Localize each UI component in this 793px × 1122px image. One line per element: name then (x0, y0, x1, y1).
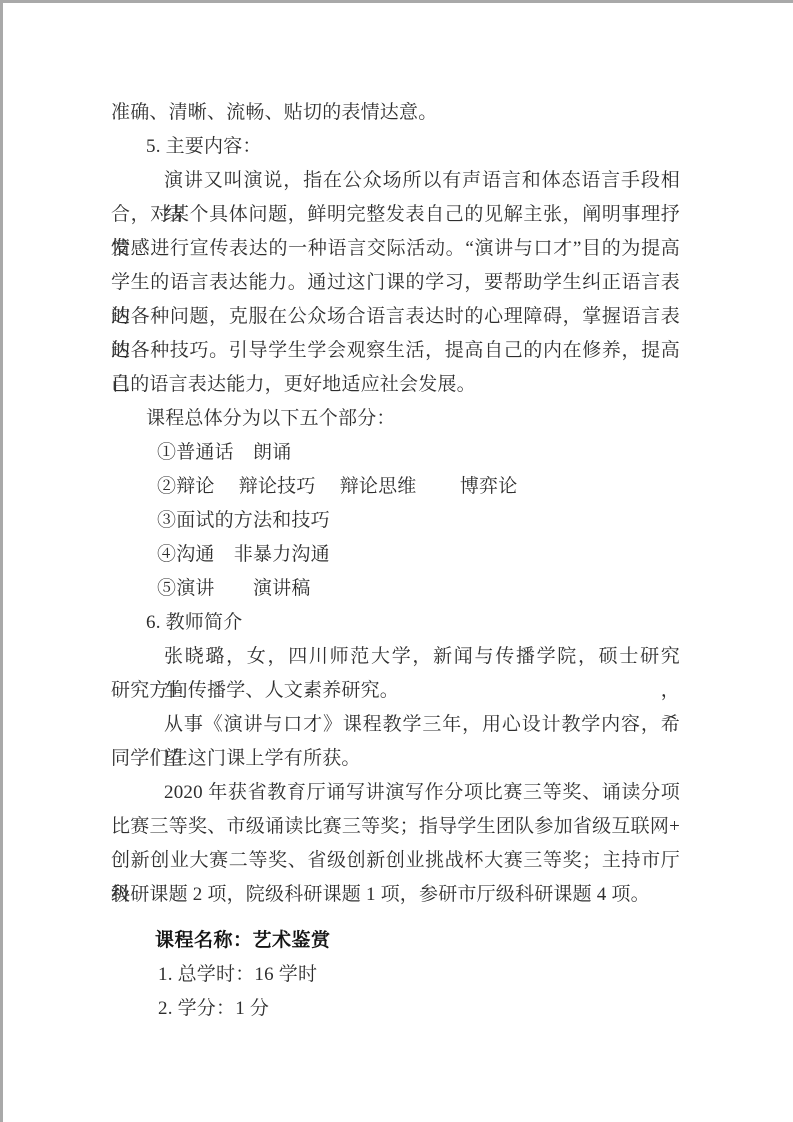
document-line: 2020 年获省教育厅诵写讲演写作分项比赛三等奖、诵读分项 (111, 776, 680, 810)
document-line: ⑤演讲 演讲稿 (111, 572, 680, 606)
document-line: 5. 主要内容： (111, 130, 680, 164)
document-line: 张晓璐，女，四川师范大学，新闻与传播学院，硕士研究生， (111, 640, 680, 674)
document-line: 准确、清晰、流畅、贴切的表情达意。 (111, 96, 680, 130)
document-body: 准确、清晰、流畅、贴切的表情达意。5. 主要内容：演讲又叫演说，指在公众场所以有… (111, 96, 680, 1026)
document-line: 的各种问题，克服在公众场合语言表达时的心理障碍，掌握语言表达 (111, 300, 680, 334)
document-line: 演讲又叫演说，指在公众场所以有声语言和体态语言手段相结 (111, 164, 680, 198)
document-line: ③面试的方法和技巧 (111, 504, 680, 538)
document-page: 准确、清晰、流畅、贴切的表情达意。5. 主要内容：演讲又叫演说，指在公众场所以有… (0, 0, 793, 1122)
document-line: 6. 教师简介 (111, 606, 680, 640)
document-line: 1. 总学时：16 学时 (111, 958, 680, 992)
document-line: 比赛三等奖、市级诵读比赛三等奖；指导学生团队参加省级互联网+ (111, 810, 680, 844)
document-line: ④沟通 非暴力沟通 (111, 538, 680, 572)
document-line: 从事《演讲与口才》课程教学三年，用心设计教学内容，希望 (111, 708, 680, 742)
document-line: 2. 学分：1 分 (111, 992, 680, 1026)
document-line: 科研课题 2 项，院级科研课题 1 项，参研市厅级科研课题 4 项。 (111, 878, 680, 912)
document-line: 己的语言表达能力，更好地适应社会发展。 (111, 368, 680, 402)
document-line: 课程总体分为以下五个部分： (111, 402, 680, 436)
document-line: 创新创业大赛二等奖、省级创新创业挑战杯大赛三等奖；主持市厅级 (111, 844, 680, 878)
document-line: 同学们在这门课上学有所获。 (111, 742, 680, 776)
document-line: 的各种技巧。引导学生学会观察生活，提高自己的内在修养，提高自 (111, 334, 680, 368)
document-line: 情感进行宣传表达的一种语言交际活动。“演讲与口才”目的为提高 (111, 232, 680, 266)
document-line: ①普通话 朗诵 (111, 436, 680, 470)
document-line: 合，对某个具体问题，鲜明完整发表自己的见解主张，阐明事理抒发 (111, 198, 680, 232)
document-line: 课程名称：艺术鉴赏 (111, 924, 680, 958)
document-line: ②辩论 辩论技巧 辩论思维 博弈论 (111, 470, 680, 504)
document-line: 学生的语言表达能力。通过这门课的学习，要帮助学生纠正语言表达 (111, 266, 680, 300)
